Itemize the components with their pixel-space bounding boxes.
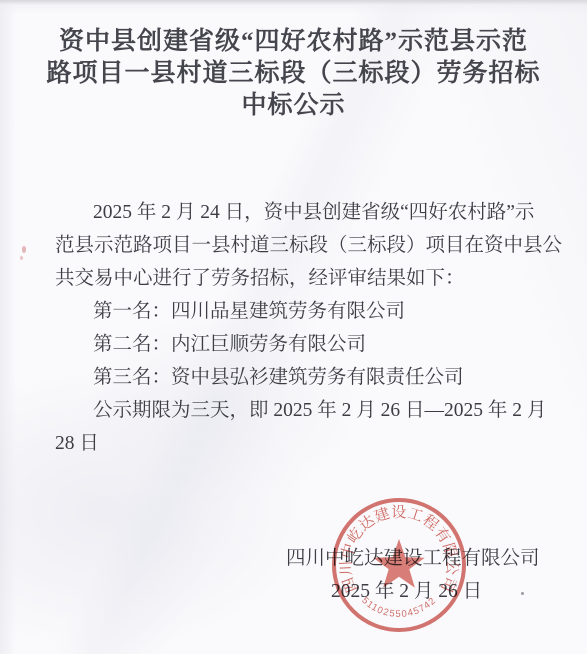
scan-dust-dot: [521, 592, 524, 595]
title-line-1: 资中县创建省级“四好农村路”示范县示范: [0, 26, 587, 58]
ranking-first: 第一名：四川品星建筑劳务有限公司: [55, 295, 567, 328]
scanned-document-page: 资中县创建省级“四好农村路”示范县示范 路项目一县村道三标段（三标段）劳务招标 …: [0, 0, 587, 654]
publicity-period-line: 28 日: [55, 427, 567, 460]
seal-number: 5110255045742: [359, 595, 438, 620]
company-seal: 四川中屹达建设工程有限公司 5110255045742: [328, 494, 470, 636]
document-body: 2025 年 2 月 24 日，资中县创建省级“四好农村路”示 范县示范路项目一…: [55, 196, 567, 460]
title-line-2: 路项目一县村道三标段（三标段）劳务招标: [0, 58, 587, 90]
ranking-third: 第三名：资中县弘衫建筑劳务有限责任公司: [55, 361, 567, 394]
document-title: 资中县创建省级“四好农村路”示范县示范 路项目一县村道三标段（三标段）劳务招标 …: [0, 26, 587, 122]
paragraph-line: 共交易中心进行了劳务招标，经评审结果如下：: [55, 262, 567, 295]
ranking-second: 第二名：内江巨顺劳务有限公司: [55, 328, 567, 361]
seal-star-icon: [373, 539, 424, 588]
svg-text:5110255045742: 5110255045742: [359, 595, 438, 620]
scan-red-speck: [20, 256, 23, 260]
title-line-3: 中标公示: [0, 90, 587, 122]
paragraph-line: 范县示范路项目一县村道三标段（三标段）项目在资中县公: [55, 229, 567, 262]
paragraph-line: 2025 年 2 月 24 日，资中县创建省级“四好农村路”示: [55, 196, 567, 229]
scan-red-speck: [22, 246, 26, 253]
publicity-period-line: 公示期限为三天，即 2025 年 2 月 26 日—2025 年 2 月: [55, 394, 567, 427]
